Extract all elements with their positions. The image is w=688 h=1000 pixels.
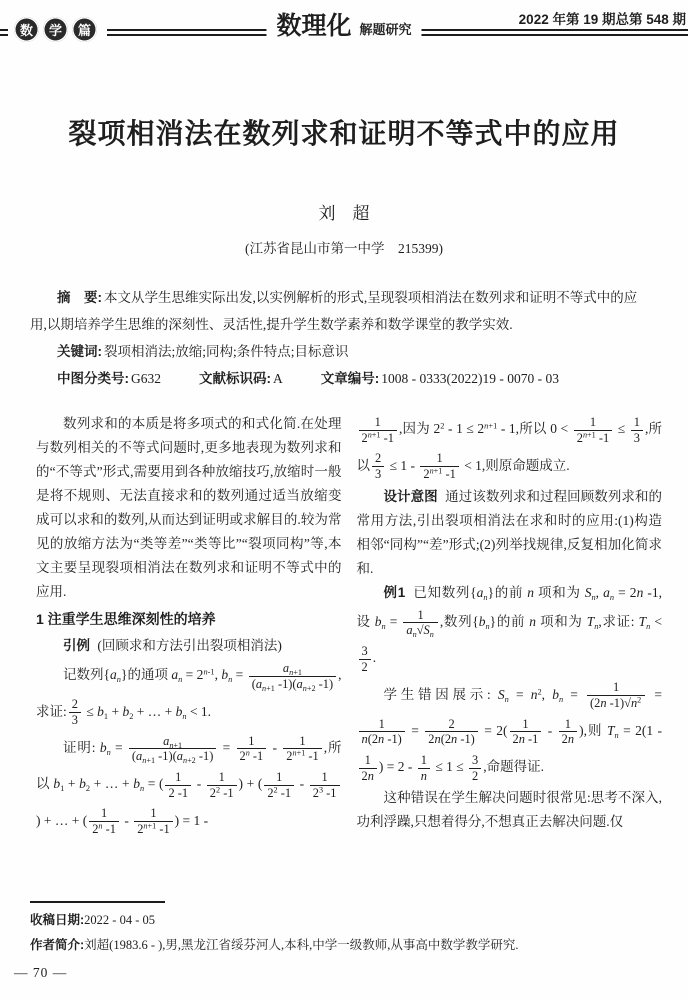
paragraph: 记数列{an}的通项 an = 2n-1, bn = an+1(an+1 -1)… xyxy=(36,658,342,731)
paragraph: 这种错误在学生解决问题时很常见:思考不深入,功利浮躁,只想着得分,不想真正去解决… xyxy=(357,786,663,834)
paragraph-text: 学生错因展示: Sn = n2, bn = 1(2n -1)√n2 = 1n(2… xyxy=(357,687,663,775)
paragraph: 12n+1 -1,因为 22 - 1 ≤ 2n+1 - 1,所以 0 < 12n… xyxy=(357,412,663,485)
journal-header: 数 学 篇 数理化 解题研究 2022 年第 19 期总第 548 期 xyxy=(0,0,688,50)
article-id-value: 1008 - 0333(2022)19 - 0070 - 03 xyxy=(381,371,559,386)
keywords: 关键词:裂项相消法;放缩;同构;条件特点;目标意识 xyxy=(30,338,652,365)
paragraph-text: (回顾求和方法引出裂项相消法) xyxy=(97,638,282,653)
abstract-text: 本文从学生思维实际出发,以实例解析的形式,呈现裂项相消法在数列求和证明不等式中的… xyxy=(30,290,637,332)
paragraph-lead-label: 引例 xyxy=(63,638,90,653)
journal-section-badge: 数 学 篇 xyxy=(8,17,107,42)
right-column: 12n+1 -1,因为 22 - 1 ≤ 2n+1 - 1,所以 0 < 12n… xyxy=(357,412,663,912)
clc-number: 中图分类号:G632 xyxy=(57,365,161,392)
article-id-label: 文章编号: xyxy=(321,371,380,386)
article-body: 数列求和的本质是将多项式的和式化简.在处理与数列相关的不等式问题时,更多地表现为… xyxy=(36,412,662,912)
doc-code-value: A xyxy=(273,371,283,386)
badge-char-icon: 篇 xyxy=(72,17,97,42)
article-title: 裂项相消法在数列求和证明不等式中的应用 xyxy=(20,112,668,152)
paragraph-text: 12n+1 -1,因为 22 - 1 ≤ 2n+1 - 1,所以 0 < 12n… xyxy=(357,421,663,472)
paragraph: 学生错因展示: Sn = n2, bn = 1(2n -1)√n2 = 1n(2… xyxy=(357,677,663,786)
author-bio: 作者简介:刘超(1983.6 - ),男,黑龙江省绥芬河人,本科,中学一级教师,… xyxy=(30,933,664,958)
doc-code-label: 文献标识码: xyxy=(199,371,271,386)
badge-char-icon: 学 xyxy=(43,17,68,42)
clc-value: G632 xyxy=(131,371,161,386)
journal-page: 数 学 篇 数理化 解题研究 2022 年第 19 期总第 548 期 裂项相消… xyxy=(0,0,688,1000)
paragraph: 设计意图通过该数列求和过程回顾数列求和的常用方法,引出裂项相消法在求和时的应用:… xyxy=(357,485,663,581)
footnote-block: 收稿日期:2022 - 04 - 05 作者简介:刘超(1983.6 - ),男… xyxy=(30,901,664,958)
clc-label: 中图分类号: xyxy=(57,371,129,386)
received-date-value: 2022 - 04 - 05 xyxy=(84,913,155,927)
abstract-label: 摘 要: xyxy=(57,290,102,305)
article-meta: 摘 要:本文从学生思维实际出发,以实例解析的形式,呈现裂项相消法在数列求和证明不… xyxy=(30,284,652,392)
paragraph-text: 1 注重学生思维深刻性的培养 xyxy=(36,611,216,627)
author-bio-label: 作者简介: xyxy=(30,938,84,952)
paragraph-text: 这种错误在学生解决问题时很常见:思考不深入,功利浮躁,只想着得分,不想真正去解决… xyxy=(357,790,663,829)
paragraph: 证明: bn = an+1(an+1 -1)(an+2 -1) = 12n -1… xyxy=(36,731,342,840)
keywords-label: 关键词: xyxy=(57,344,102,359)
paragraph-text: 数列求和的本质是将多项式的和式化简.在处理与数列相关的不等式问题时,更多地表现为… xyxy=(36,416,342,599)
page-number: — 70 — xyxy=(14,965,67,981)
author-affiliation: (江苏省昆山市第一中学 215399) xyxy=(0,237,688,257)
author-bio-value: 刘超(1983.6 - ),男,黑龙江省绥芬河人,本科,中学一级教师,从事高中数… xyxy=(84,938,518,952)
issue-info: 2022 年第 19 期总第 548 期 xyxy=(519,8,686,28)
author-name: 刘 超 xyxy=(0,199,688,224)
footnote-rule xyxy=(30,901,165,903)
article-id: 文章编号:1008 - 0333(2022)19 - 0070 - 03 xyxy=(321,365,559,392)
classification-line: 中图分类号:G632 文献标识码:A 文章编号:1008 - 0333(2022… xyxy=(30,365,652,392)
left-column: 数列求和的本质是将多项式的和式化简.在处理与数列相关的不等式问题时,更多地表现为… xyxy=(36,412,342,912)
journal-title-sub: 解题研究 xyxy=(360,19,412,41)
section-heading: 1 注重学生思维深刻性的培养 xyxy=(36,607,342,631)
journal-title-main: 数理化 xyxy=(276,13,351,41)
paragraph: 例1已知数列{an}的前 n 项和为 Sn, an = 2n -1,设 bn =… xyxy=(357,581,663,678)
badge-char-icon: 数 xyxy=(14,17,39,42)
paragraph: 引例(回顾求和方法引出裂项相消法) xyxy=(36,634,342,658)
paragraph-lead-label: 例1 xyxy=(384,585,406,600)
journal-title: 数理化 解题研究 xyxy=(266,13,421,41)
paragraph-text: 证明: bn = an+1(an+1 -1)(an+2 -1) = 12n -1… xyxy=(36,740,342,828)
paragraph-text: 记数列{an}的通项 an = 2n-1, bn = an+1(an+1 -1)… xyxy=(36,667,342,718)
keywords-text: 裂项相消法;放缩;同构;条件特点;目标意识 xyxy=(104,344,349,359)
paragraph: 数列求和的本质是将多项式的和式化简.在处理与数列相关的不等式问题时,更多地表现为… xyxy=(36,412,342,604)
paragraph-lead-label: 设计意图 xyxy=(384,489,438,504)
received-date: 收稿日期:2022 - 04 - 05 xyxy=(30,908,664,933)
doc-code: 文献标识码:A xyxy=(199,365,283,392)
abstract: 摘 要:本文从学生思维实际出发,以实例解析的形式,呈现裂项相消法在数列求和证明不… xyxy=(30,284,652,338)
received-date-label: 收稿日期: xyxy=(30,913,84,927)
